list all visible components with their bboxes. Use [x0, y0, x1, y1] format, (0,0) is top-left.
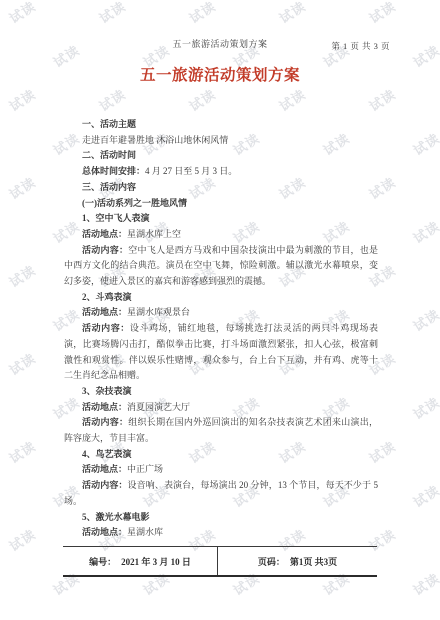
paragraph-label: 活动内容： — [82, 323, 130, 333]
footer-page-label: 页码： — [258, 555, 285, 568]
paragraph-text: 5、激光水幕电影 — [82, 512, 150, 522]
section-heading: 3、杂技表演 — [64, 384, 378, 400]
paragraph-label: 活动地点： — [82, 307, 127, 317]
paragraph-text: 2、斗鸡表演 — [82, 292, 132, 302]
footer-number-label: 编号： — [89, 555, 116, 568]
paragraph-text: 二、活动时间 — [82, 150, 136, 160]
paragraph-text: 3、杂技表演 — [82, 386, 132, 396]
section-heading: 一、活动主题 — [64, 117, 378, 133]
body-paragraph: 活动地点：星湖水库上空 — [64, 227, 378, 243]
body-paragraph: 活动内容：设音响、表演台，每场演出 20 分钟，13 个节目，每天不少于 5 场… — [64, 478, 378, 509]
paragraph-text: 三、活动内容 — [82, 182, 136, 192]
paragraph-label: 活动地点： — [82, 464, 127, 474]
body-paragraph: 活动内容：空中飞人是西方马戏和中国杂技演出中最为刺激的节目，也是中西方文化的结合… — [64, 243, 378, 290]
page-content: 五一旅游活动策划方案 第 1 页 共 3 页 五一旅游活动策划方案 一、活动主题… — [0, 0, 440, 620]
section-heading: 1、空中飞人表演 — [64, 211, 378, 227]
paragraph-text: 4、鸟艺表演 — [82, 449, 132, 459]
document-page: 试读试读试读试读试读试读试读试读试读试读试读试读试读试读试读试读试读试读试读试读… — [0, 0, 440, 620]
footer-page-cell: 页码： 第1页 共3页 — [218, 547, 377, 575]
body-paragraph: 活动地点：中正广场 — [64, 462, 378, 478]
paragraph-label: 总体时间安排： — [82, 166, 145, 176]
paragraph-text: 1、空中飞人表演 — [82, 213, 150, 223]
paragraph-text: 消夏园演艺大厅 — [127, 402, 190, 412]
paragraph-text: 4 月 27 日至 5 月 3 日。 — [145, 166, 237, 176]
body-paragraph: 走进百年避暑胜地 沐浴山地休闲风情 — [64, 133, 378, 149]
paragraph-text: 星湖水库观景台 — [127, 307, 190, 317]
paragraph-text: 星湖水库 — [127, 527, 163, 537]
section-heading: 2、斗鸡表演 — [64, 290, 378, 306]
section-heading: 三、活动内容 — [64, 180, 378, 196]
body-paragraph: 活动内容：组织长期在国内外巡回演出的知名杂技表演艺术团来山演出，阵容庞大，节目丰… — [64, 415, 378, 446]
section-heading: 5、激光水幕电影 — [64, 510, 378, 526]
footer-number-value: 2021 年 3 月 10 日 — [121, 555, 191, 568]
paragraph-label: 活动内容： — [82, 480, 128, 490]
paragraph-label: 活动地点： — [82, 229, 127, 239]
body-paragraph: 活动地点：星湖水库 — [64, 525, 378, 541]
paragraph-text: 走进百年避暑胜地 沐浴山地休闲风情 — [82, 135, 228, 145]
paragraph-text: 一、活动主题 — [82, 119, 136, 129]
paragraph-label: 活动内容： — [82, 245, 128, 255]
section-heading: (一)活动系列之一胜地风情 — [64, 196, 378, 212]
document-body: 一、活动主题走进百年避暑胜地 沐浴山地休闲风情二、活动时间总体时间安排：4 月 … — [64, 117, 378, 541]
body-paragraph: 活动地点：消夏园演艺大厅 — [64, 400, 378, 416]
paragraph-text: (一)活动系列之一胜地风情 — [82, 198, 187, 208]
body-paragraph: 活动地点：星湖水库观景台 — [64, 305, 378, 321]
footer-table: 编号： 2021 年 3 月 10 日 页码： 第1页 共3页 — [63, 546, 377, 577]
section-heading: 二、活动时间 — [64, 148, 378, 164]
section-heading: 4、鸟艺表演 — [64, 447, 378, 463]
paragraph-label: 活动地点： — [82, 402, 127, 412]
paragraph-text: 星湖水库上空 — [127, 229, 181, 239]
body-paragraph: 总体时间安排：4 月 27 日至 5 月 3 日。 — [64, 164, 378, 180]
header-page-indicator: 第 1 页 共 3 页 — [331, 41, 390, 51]
paragraph-label: 活动地点： — [82, 527, 127, 537]
paragraph-label: 活动内容： — [82, 417, 128, 427]
footer-number-cell: 编号： 2021 年 3 月 10 日 — [63, 547, 218, 575]
document-title: 五一旅游活动策划方案 — [0, 65, 440, 86]
footer-page-value: 第1页 共3页 — [290, 555, 337, 568]
paragraph-text: 中正广场 — [127, 464, 163, 474]
body-paragraph: 活动内容：设斗鸡场，铺红地毯，每场挑选打法灵活的两只斗鸡现场表演，比赛场腾闪击打… — [64, 321, 378, 384]
